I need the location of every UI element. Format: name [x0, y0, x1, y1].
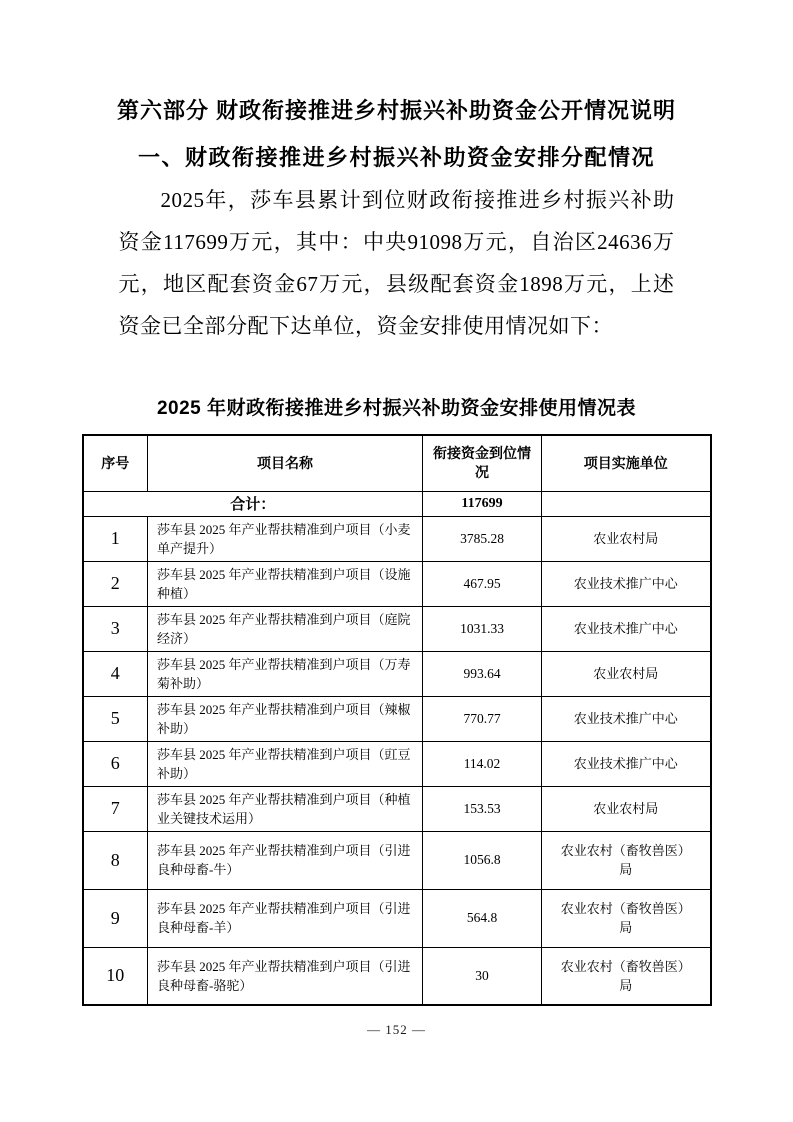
amount-cell: 3785.28 — [423, 516, 542, 561]
serial-cell: 6 — [83, 741, 148, 786]
total-unit-cell — [542, 491, 711, 516]
serial-cell: 7 — [83, 786, 148, 831]
amount-cell: 770.77 — [423, 696, 542, 741]
unit-cell: 农业农村局 — [542, 651, 711, 696]
document-page: 第六部分 财政衔接推进乡村振兴补助资金公开情况说明 一、财政衔接推进乡村振兴补助… — [0, 0, 793, 1122]
section-heading: 一、财政衔接推进乡村振兴补助资金安排分配情况 — [0, 144, 793, 172]
serial-cell: 1 — [83, 516, 148, 561]
project-name-cell: 莎车县 2025 年产业帮扶精准到户项目（引进良种母畜-骆驼） — [148, 947, 423, 1005]
total-row: 合计： 117699 — [83, 491, 711, 516]
serial-cell: 4 — [83, 651, 148, 696]
document-title: 第六部分 财政衔接推进乡村振兴补助资金公开情况说明 — [0, 97, 793, 125]
unit-cell: 农业农村局 — [542, 516, 711, 561]
amount-cell: 564.8 — [423, 889, 542, 947]
project-name-cell: 莎车县 2025 年产业帮扶精准到户项目（引进良种母畜-羊） — [148, 889, 423, 947]
amount-cell: 1031.33 — [423, 606, 542, 651]
body-paragraph: 2025年，莎车县累计到位财政衔接推进乡村振兴补助资金117699万元，其中：中… — [119, 179, 675, 347]
amount-cell: 467.95 — [423, 561, 542, 606]
unit-cell: 农业农村（畜牧兽医）局 — [542, 889, 711, 947]
project-name-cell: 莎车县 2025 年产业帮扶精准到户项目（种植业关键技术运用） — [148, 786, 423, 831]
total-amount-cell: 117699 — [423, 491, 542, 516]
table-row: 8 莎车县 2025 年产业帮扶精准到户项目（引进良种母畜-牛） 1056.8 … — [83, 831, 711, 889]
funds-table: 序号 项目名称 衔接资金到位情况 项目实施单位 合计： 117699 1 莎车县… — [82, 434, 712, 1006]
serial-cell: 5 — [83, 696, 148, 741]
header-serial: 序号 — [83, 435, 148, 491]
unit-cell: 农业农村局 — [542, 786, 711, 831]
project-name-cell: 莎车县 2025 年产业帮扶精准到户项目（引进良种母畜-牛） — [148, 831, 423, 889]
table-row: 5 莎车县 2025 年产业帮扶精准到户项目（辣椒补助） 770.77 农业技术… — [83, 696, 711, 741]
project-name-cell: 莎车县 2025 年产业帮扶精准到户项目（辣椒补助） — [148, 696, 423, 741]
serial-cell: 2 — [83, 561, 148, 606]
table-row: 3 莎车县 2025 年产业帮扶精准到户项目（庭院经济） 1031.33 农业技… — [83, 606, 711, 651]
table-row: 10 莎车县 2025 年产业帮扶精准到户项目（引进良种母畜-骆驼） 30 农业… — [83, 947, 711, 1005]
unit-cell: 农业技术推广中心 — [542, 561, 711, 606]
header-funds-arrival: 衔接资金到位情况 — [423, 435, 542, 491]
table-title: 2025 年财政衔接推进乡村振兴补助资金安排使用情况表 — [0, 397, 793, 421]
project-name-cell: 莎车县 2025 年产业帮扶精准到户项目（小麦单产提升） — [148, 516, 423, 561]
project-name-cell: 莎车县 2025 年产业帮扶精准到户项目（庭院经济） — [148, 606, 423, 651]
project-name-cell: 莎车县 2025 年产业帮扶精准到户项目（万寿菊补助） — [148, 651, 423, 696]
table-row: 2 莎车县 2025 年产业帮扶精准到户项目（设施种植） 467.95 农业技术… — [83, 561, 711, 606]
table-row: 4 莎车县 2025 年产业帮扶精准到户项目（万寿菊补助） 993.64 农业农… — [83, 651, 711, 696]
amount-cell: 153.53 — [423, 786, 542, 831]
amount-cell: 993.64 — [423, 651, 542, 696]
serial-cell: 10 — [83, 947, 148, 1005]
total-label-cell: 合计： — [83, 491, 423, 516]
project-name-cell: 莎车县 2025 年产业帮扶精准到户项目（豇豆补助） — [148, 741, 423, 786]
serial-cell: 8 — [83, 831, 148, 889]
header-project-name: 项目名称 — [148, 435, 423, 491]
serial-cell: 3 — [83, 606, 148, 651]
unit-cell: 农业技术推广中心 — [542, 606, 711, 651]
unit-cell: 农业技术推广中心 — [542, 741, 711, 786]
project-name-cell: 莎车县 2025 年产业帮扶精准到户项目（设施种植） — [148, 561, 423, 606]
amount-cell: 114.02 — [423, 741, 542, 786]
amount-cell: 1056.8 — [423, 831, 542, 889]
table-row: 9 莎车县 2025 年产业帮扶精准到户项目（引进良种母畜-羊） 564.8 农… — [83, 889, 711, 947]
table-header-row: 序号 项目名称 衔接资金到位情况 项目实施单位 — [83, 435, 711, 491]
unit-cell: 农业农村（畜牧兽医）局 — [542, 947, 711, 1005]
table-row: 1 莎车县 2025 年产业帮扶精准到户项目（小麦单产提升） 3785.28 农… — [83, 516, 711, 561]
serial-cell: 9 — [83, 889, 148, 947]
page-number: — 152 — — [0, 1022, 793, 1038]
unit-cell: 农业农村（畜牧兽医）局 — [542, 831, 711, 889]
amount-cell: 30 — [423, 947, 542, 1005]
header-implementing-unit: 项目实施单位 — [542, 435, 711, 491]
table-row: 6 莎车县 2025 年产业帮扶精准到户项目（豇豆补助） 114.02 农业技术… — [83, 741, 711, 786]
unit-cell: 农业技术推广中心 — [542, 696, 711, 741]
table-row: 7 莎车县 2025 年产业帮扶精准到户项目（种植业关键技术运用） 153.53… — [83, 786, 711, 831]
